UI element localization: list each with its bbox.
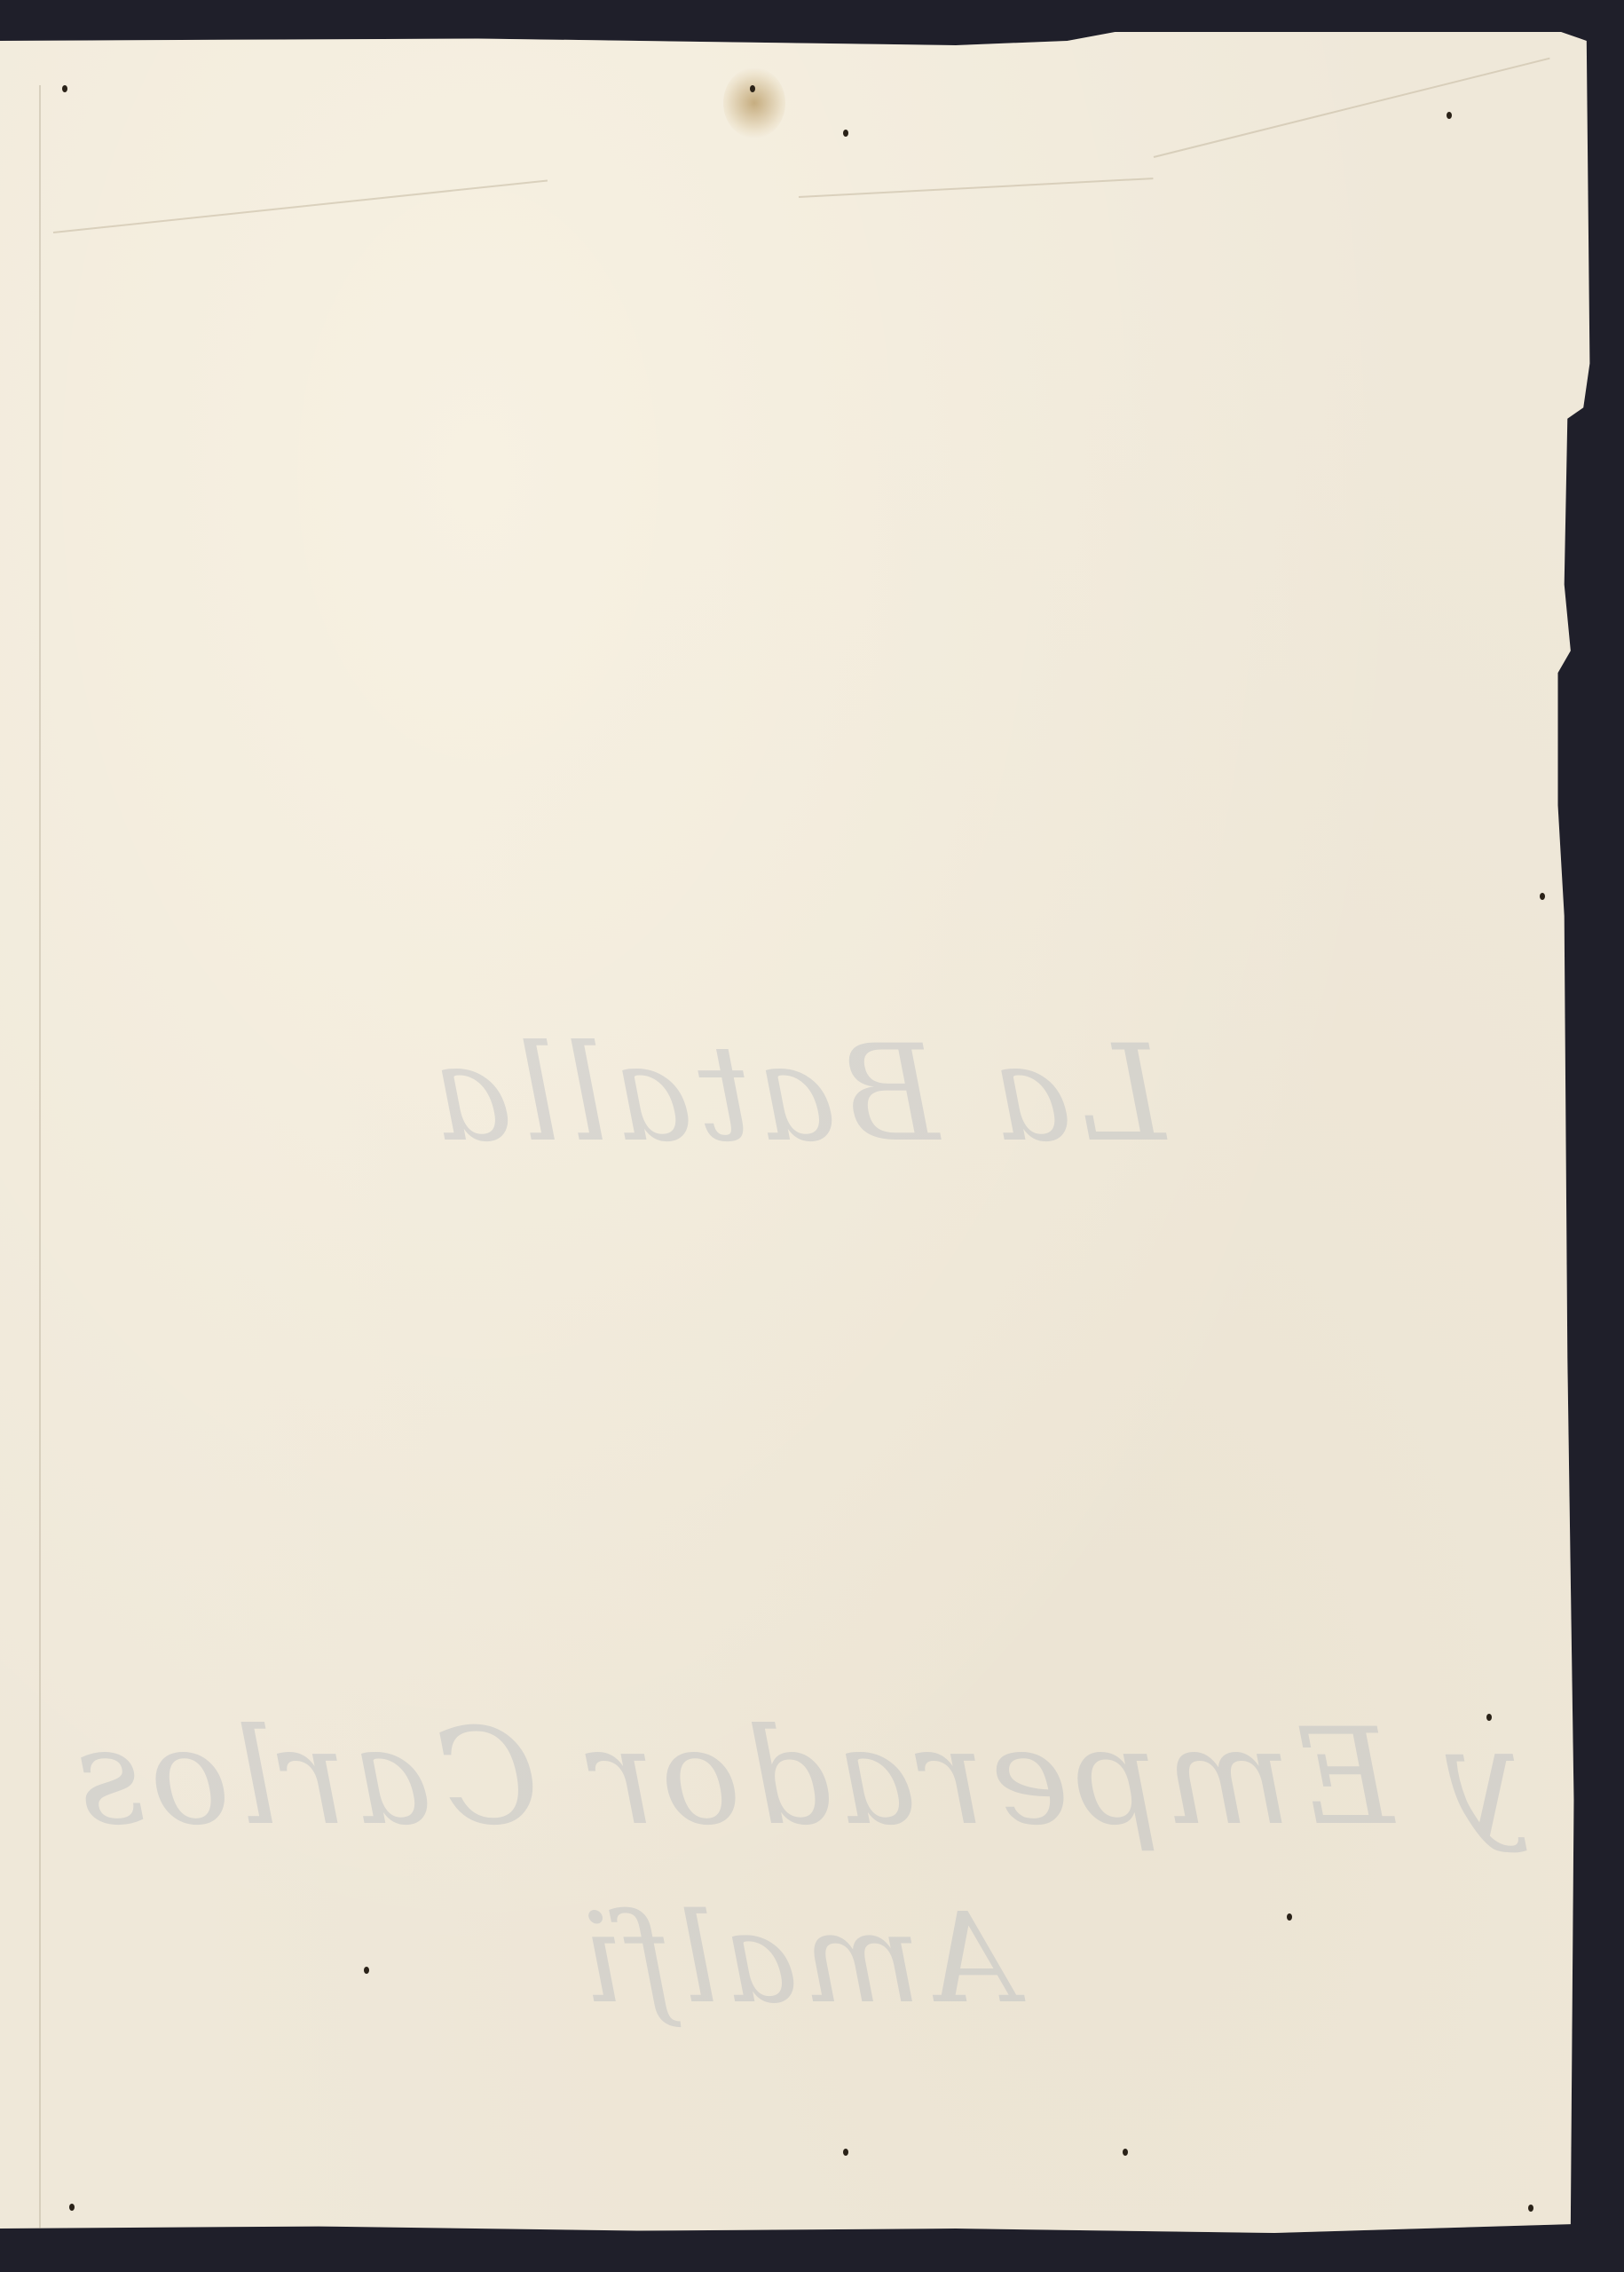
foxing-stain	[723, 67, 785, 138]
paper-crease	[53, 179, 548, 233]
ink-speck	[1447, 112, 1452, 119]
ink-speck	[1540, 893, 1545, 900]
ink-speck	[1528, 2205, 1533, 2212]
ink-speck	[843, 130, 848, 137]
ink-speck	[843, 2149, 848, 2156]
show-through-line-2: y Emperador Carlos	[0, 1700, 1593, 1855]
ink-speck	[69, 2204, 75, 2211]
manuscript-page: La Batalla y Emperador Carlos Amalfi	[0, 32, 1593, 2242]
ink-speck	[750, 85, 755, 92]
show-through-line-3: Amalfi	[0, 1887, 1593, 2031]
ink-speck	[1123, 2149, 1128, 2156]
show-through-line-1: La Batalla	[0, 1017, 1624, 1171]
paper-crease	[1154, 58, 1550, 158]
paper-crease	[799, 177, 1154, 198]
ink-speck	[62, 85, 67, 92]
